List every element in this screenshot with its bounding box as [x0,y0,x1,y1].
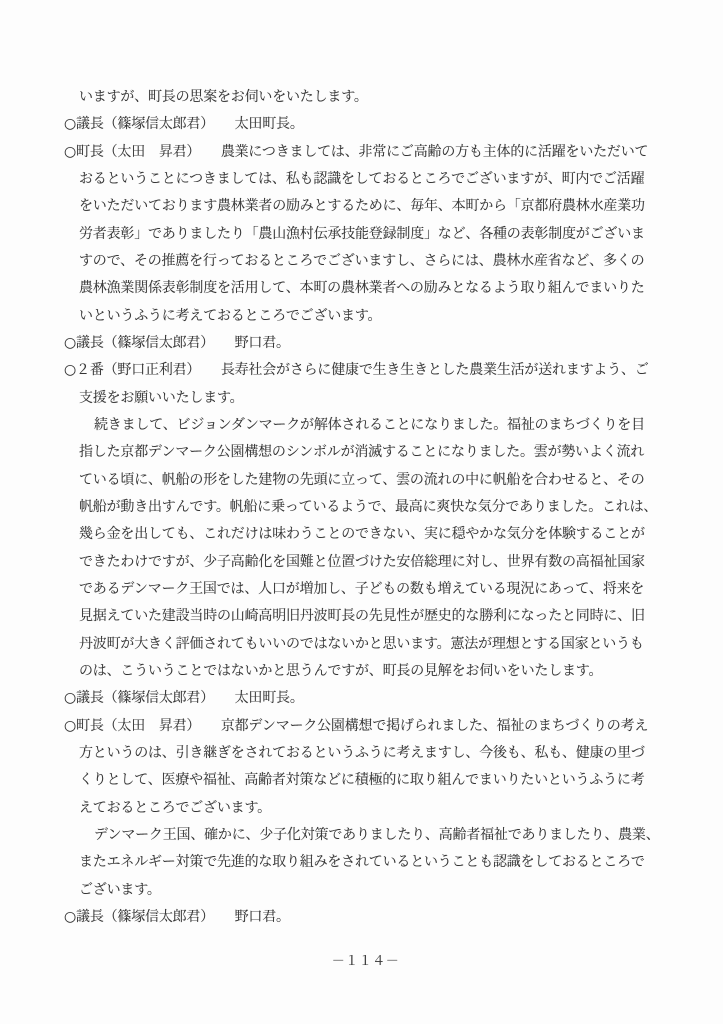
text-line: 指した京都デンマーク公園構想のシンボルが消滅することになりました。雲が勢いよく流… [64,439,667,466]
minutes-text-block: いますが、町長の思案をお伺いをいたします。 ○議長（篠塚信太郎君） 太田町長。 … [64,84,667,972]
text-line: 見据えていた建設当時の山崎高明旧丹波町長の先見性が歴史的な勝利になったと同時に、… [64,603,667,630]
speaker-line-member: ○２番（野口正利君） 長寿社会がさらに健康で生き生きとした農業生活が送れますよう… [64,357,667,384]
text-line: すので、その推薦を行っておるところでございますし、さらには、農林水産省など、多く… [64,248,667,275]
text-line: ございます。 [64,877,667,904]
text-line: 労者表彰」でありましたり「農山漁村伝承技能登録制度」など、各種の表彰制度がござい… [64,221,667,248]
text-line: えておるところでございます。 [64,795,667,822]
text-line: いというふうに考えておるところでございます。 [64,303,667,330]
text-line: 丹波町が大きく評価されてもいいのではないかと思います。憲法が理想とする国家という… [64,631,667,658]
text-line: のは、こういうことではないかと思うんですが、町長の見解をお伺いをいたします。 [64,658,667,685]
text-line: できたわけですが、少子高齢化を国難と位置づけた安倍総理に対し、世界有数の高福祉国… [64,549,667,576]
speaker-line-mayor: ○町長（太田 昇君） 京都デンマーク公園構想で掲げられました、福祉のまちづくりの… [64,713,667,740]
text-line: くりとして、医療や福祉、高齢者対策などに積極的に取り組んでまいりたいというふうに… [64,767,667,794]
paragraph-start-line: デンマーク王国、確かに、少子化対策でありましたり、高齢者福祉でありましたり、農業… [64,822,667,849]
text-line: おるということにつきましては、私も認識をしておるところでございますが、町内でご活… [64,166,667,193]
speaker-line-chair: ○議長（篠塚信太郎君） 太田町長。 [64,685,667,712]
text-line: であるデンマーク王国では、人口が増加し、子どもの数も増えている現況にあって、将来… [64,576,667,603]
page-number: －１１４－ [64,952,667,972]
text-line: 農林漁業関係表彰制度を活用して、本町の農林業者への励みとなるよう取り組んでまいり… [64,275,667,302]
paragraph-start-line: 続きまして、ビジョンダンマークが解体されることになりました。福祉のまちづくりを目 [64,412,667,439]
text-line: をいただいております農林業者の励みとするために、毎年、本町から「京都府農林水産業… [64,193,667,220]
text-line: またエネルギー対策で先進的な取り組みをされているということも認識をしておるところ… [64,849,667,876]
speaker-line-chair: ○議長（篠塚信太郎君） 野口君。 [64,904,667,931]
text-line: 方というのは、引き継ぎをされておるというふうに考えますし、今後も、私も、健康の里… [64,740,667,767]
text-line: 支援をお願いいたします。 [64,385,667,412]
text-line: いますが、町長の思案をお伺いをいたします。 [64,84,667,111]
speaker-line-chair: ○議長（篠塚信太郎君） 野口君。 [64,330,667,357]
speaker-line-chair: ○議長（篠塚信太郎君） 太田町長。 [64,111,667,138]
text-line: 幾ら金を出しても、これだけは味わうことのできない、実に穏やかな気分を体験すること… [64,521,667,548]
text-line: ている頃に、帆船の形をした建物の先頭に立って、雲の流れの中に帆船を合わせると、そ… [64,467,667,494]
speaker-line-mayor: ○町長（太田 昇君） 農業につきましては、非常にご高齢の方も主体的に活躍をいただ… [64,139,667,166]
document-page: いますが、町長の思案をお伺いをいたします。 ○議長（篠塚信太郎君） 太田町長。 … [0,0,723,1024]
text-line: 帆船が動き出すんです。帆船に乗っているようで、最高に爽快な気分でありました。これ… [64,494,667,521]
